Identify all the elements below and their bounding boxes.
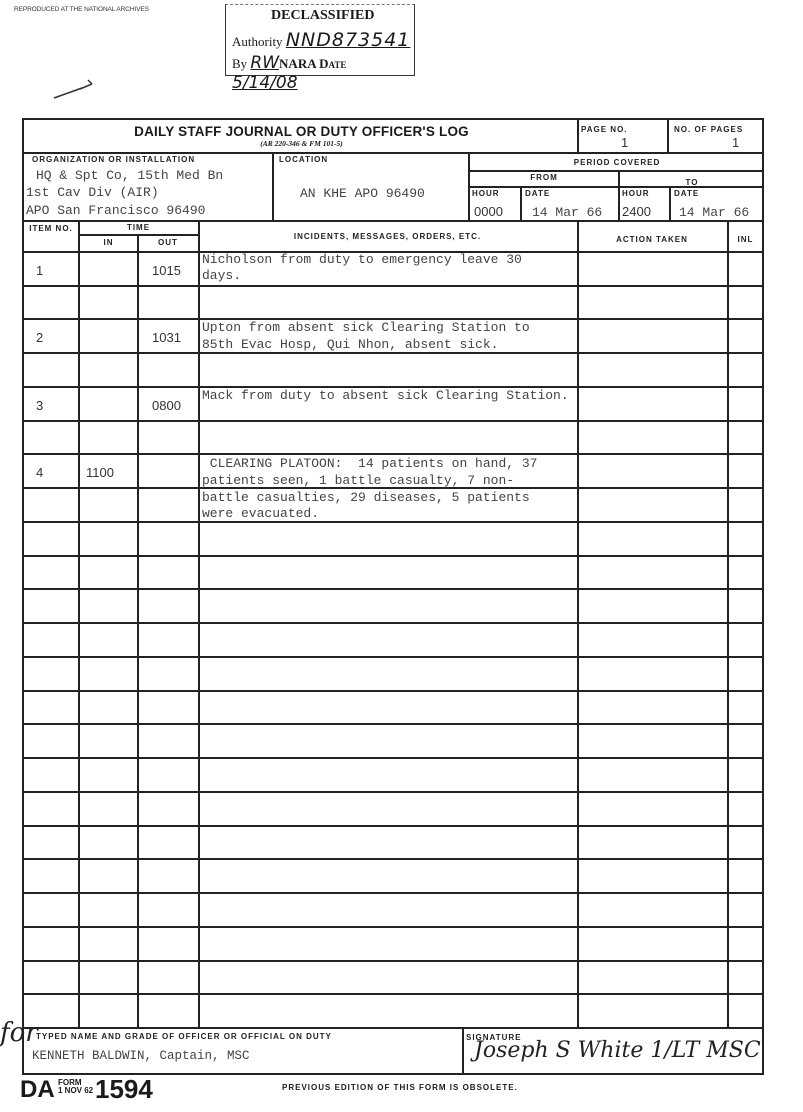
entry-1-line-2: days. — [202, 268, 241, 283]
entry-3-line-1: Mack from duty to absent sick Clearing S… — [202, 388, 569, 403]
officer-label: TYPED NAME AND GRADE OF OFFICER OR OFFIC… — [36, 1032, 332, 1041]
entry-4-line-1: CLEARING PLATOON: 14 patients on hand, 3… — [202, 456, 537, 471]
header-item-no: ITEM NO. — [24, 224, 78, 234]
signature: Joseph S White 1/LT MSC — [474, 1038, 761, 1063]
table-row-line — [24, 622, 764, 624]
organization-label: ORGANIZATION OR INSTALLATION — [32, 155, 195, 164]
to-hour-label: HOUR — [622, 189, 650, 198]
header-inl: INL — [727, 235, 764, 244]
by-initials: RW — [250, 53, 279, 73]
header-action-taken: ACTION TAKEN — [577, 235, 727, 244]
stamp-authority-line: Authority NND873541 — [232, 29, 410, 51]
entry-4-line-2: patients seen, 1 battle casualty, 7 non- — [202, 473, 514, 488]
stamp-by-line: By RWNARA Date 5/14/08 — [232, 53, 414, 93]
stamp-date: 5/14/08 — [232, 73, 298, 93]
table-row-line — [24, 521, 764, 523]
organization-line-1: HQ & Spt Co, 15th Med Bn — [36, 168, 223, 183]
to-date-value: 14 Mar 66 — [679, 205, 749, 220]
authority-label: Authority — [232, 34, 283, 49]
obsolete-note: PREVIOUS EDITION OF THIS FORM IS OBSOLET… — [282, 1083, 518, 1092]
table-row-line — [24, 757, 764, 759]
no-of-pages-label: NO. OF PAGES — [674, 125, 743, 134]
form-title: DAILY STAFF JOURNAL OR DUTY OFFICER'S LO… — [24, 124, 579, 139]
from-date-value: 14 Mar 66 — [532, 205, 602, 220]
table-row-line — [24, 960, 764, 962]
period-covered-label: PERIOD COVERED — [470, 158, 764, 167]
entry-4-item: 4 — [36, 465, 43, 480]
table-row-line — [24, 453, 764, 455]
entry-4-line-4: were evacuated. — [202, 506, 319, 521]
entry-2-line-2: 85th Evac Hosp, Qui Nhon, absent sick. — [202, 337, 498, 352]
entry-2-out: 1031 — [152, 330, 181, 345]
header-time-in: IN — [79, 238, 138, 247]
page-no-label: PAGE NO. — [581, 125, 628, 134]
table-row-line — [24, 791, 764, 793]
table-row-line — [24, 723, 764, 725]
entry-3-item: 3 — [36, 398, 43, 413]
entry-1-item: 1 — [36, 263, 43, 278]
from-hour-label: HOUR — [472, 189, 500, 198]
authority-value: NND873541 — [286, 29, 411, 51]
by-label: By — [232, 56, 247, 71]
stamp-title: DECLASSIFIED — [271, 8, 374, 24]
no-of-pages-value: 1 — [732, 135, 739, 150]
form-subtitle: (AR 220-346 & FM 101-5) — [24, 139, 579, 148]
table-row-line — [24, 588, 764, 590]
table-row-line — [24, 926, 764, 928]
entry-4-in: 1100 — [86, 465, 114, 480]
table-row-line — [24, 892, 764, 894]
table-row-line — [24, 656, 764, 658]
page-no-value: 1 — [621, 135, 628, 150]
header-incidents: INCIDENTS, MESSAGES, ORDERS, ETC. — [198, 232, 577, 241]
entry-1-line-1: Nicholson from duty to emergency leave 3… — [202, 252, 522, 267]
duty-log-form: DAILY STAFF JOURNAL OR DUTY OFFICER'S LO… — [22, 118, 764, 1075]
table-row-line — [24, 825, 764, 827]
entry-1-out: 1015 — [152, 263, 181, 278]
form-date: 1 NOV 62 — [58, 1087, 93, 1095]
officer-name: KENNETH BALDWIN, Captain, MSC — [32, 1049, 250, 1063]
form-prefix: DA — [20, 1076, 55, 1104]
to-date-label: DATE — [674, 189, 699, 198]
entry-2-line-1: Upton from absent sick Clearing Station … — [202, 320, 530, 335]
entry-4-line-3: battle casualties, 29 diseases, 5 patien… — [202, 490, 530, 505]
declassified-stamp: DECLASSIFIED Authority NND873541 By RWNA… — [225, 4, 415, 76]
entry-3-out: 0800 — [152, 398, 181, 413]
header-time-out: OUT — [138, 238, 198, 247]
from-label: FROM — [470, 173, 618, 182]
entry-2-item: 2 — [36, 330, 43, 345]
table-row-line — [24, 352, 764, 354]
pen-mark-icon — [52, 76, 100, 100]
from-hour-value: 0000 — [474, 204, 503, 219]
organization-line-3: APO San Francisco 96490 — [26, 203, 205, 218]
from-date-label: DATE — [525, 189, 550, 198]
to-hour-value: 2400 — [622, 204, 651, 219]
handwritten-for: for — [0, 1018, 38, 1048]
table-row-line — [24, 420, 764, 422]
table-row-line — [24, 993, 764, 995]
organization-line-2: 1st Cav Div (AIR) — [26, 185, 159, 200]
table-row-line — [24, 285, 764, 287]
table-row-line — [24, 555, 764, 557]
table-row-line — [24, 690, 764, 692]
form-number: 1594 — [95, 1074, 153, 1105]
form-label: FORM 1 NOV 62 — [58, 1079, 93, 1095]
location-label: LOCATION — [279, 155, 328, 164]
archive-note: REPRODUCED AT THE NATIONAL ARCHIVES — [14, 6, 149, 13]
location-value: AN KHE APO 96490 — [300, 186, 425, 201]
table-row-line — [24, 858, 764, 860]
header-time: TIME — [79, 223, 198, 232]
nara-label: NARA Date — [279, 56, 346, 71]
